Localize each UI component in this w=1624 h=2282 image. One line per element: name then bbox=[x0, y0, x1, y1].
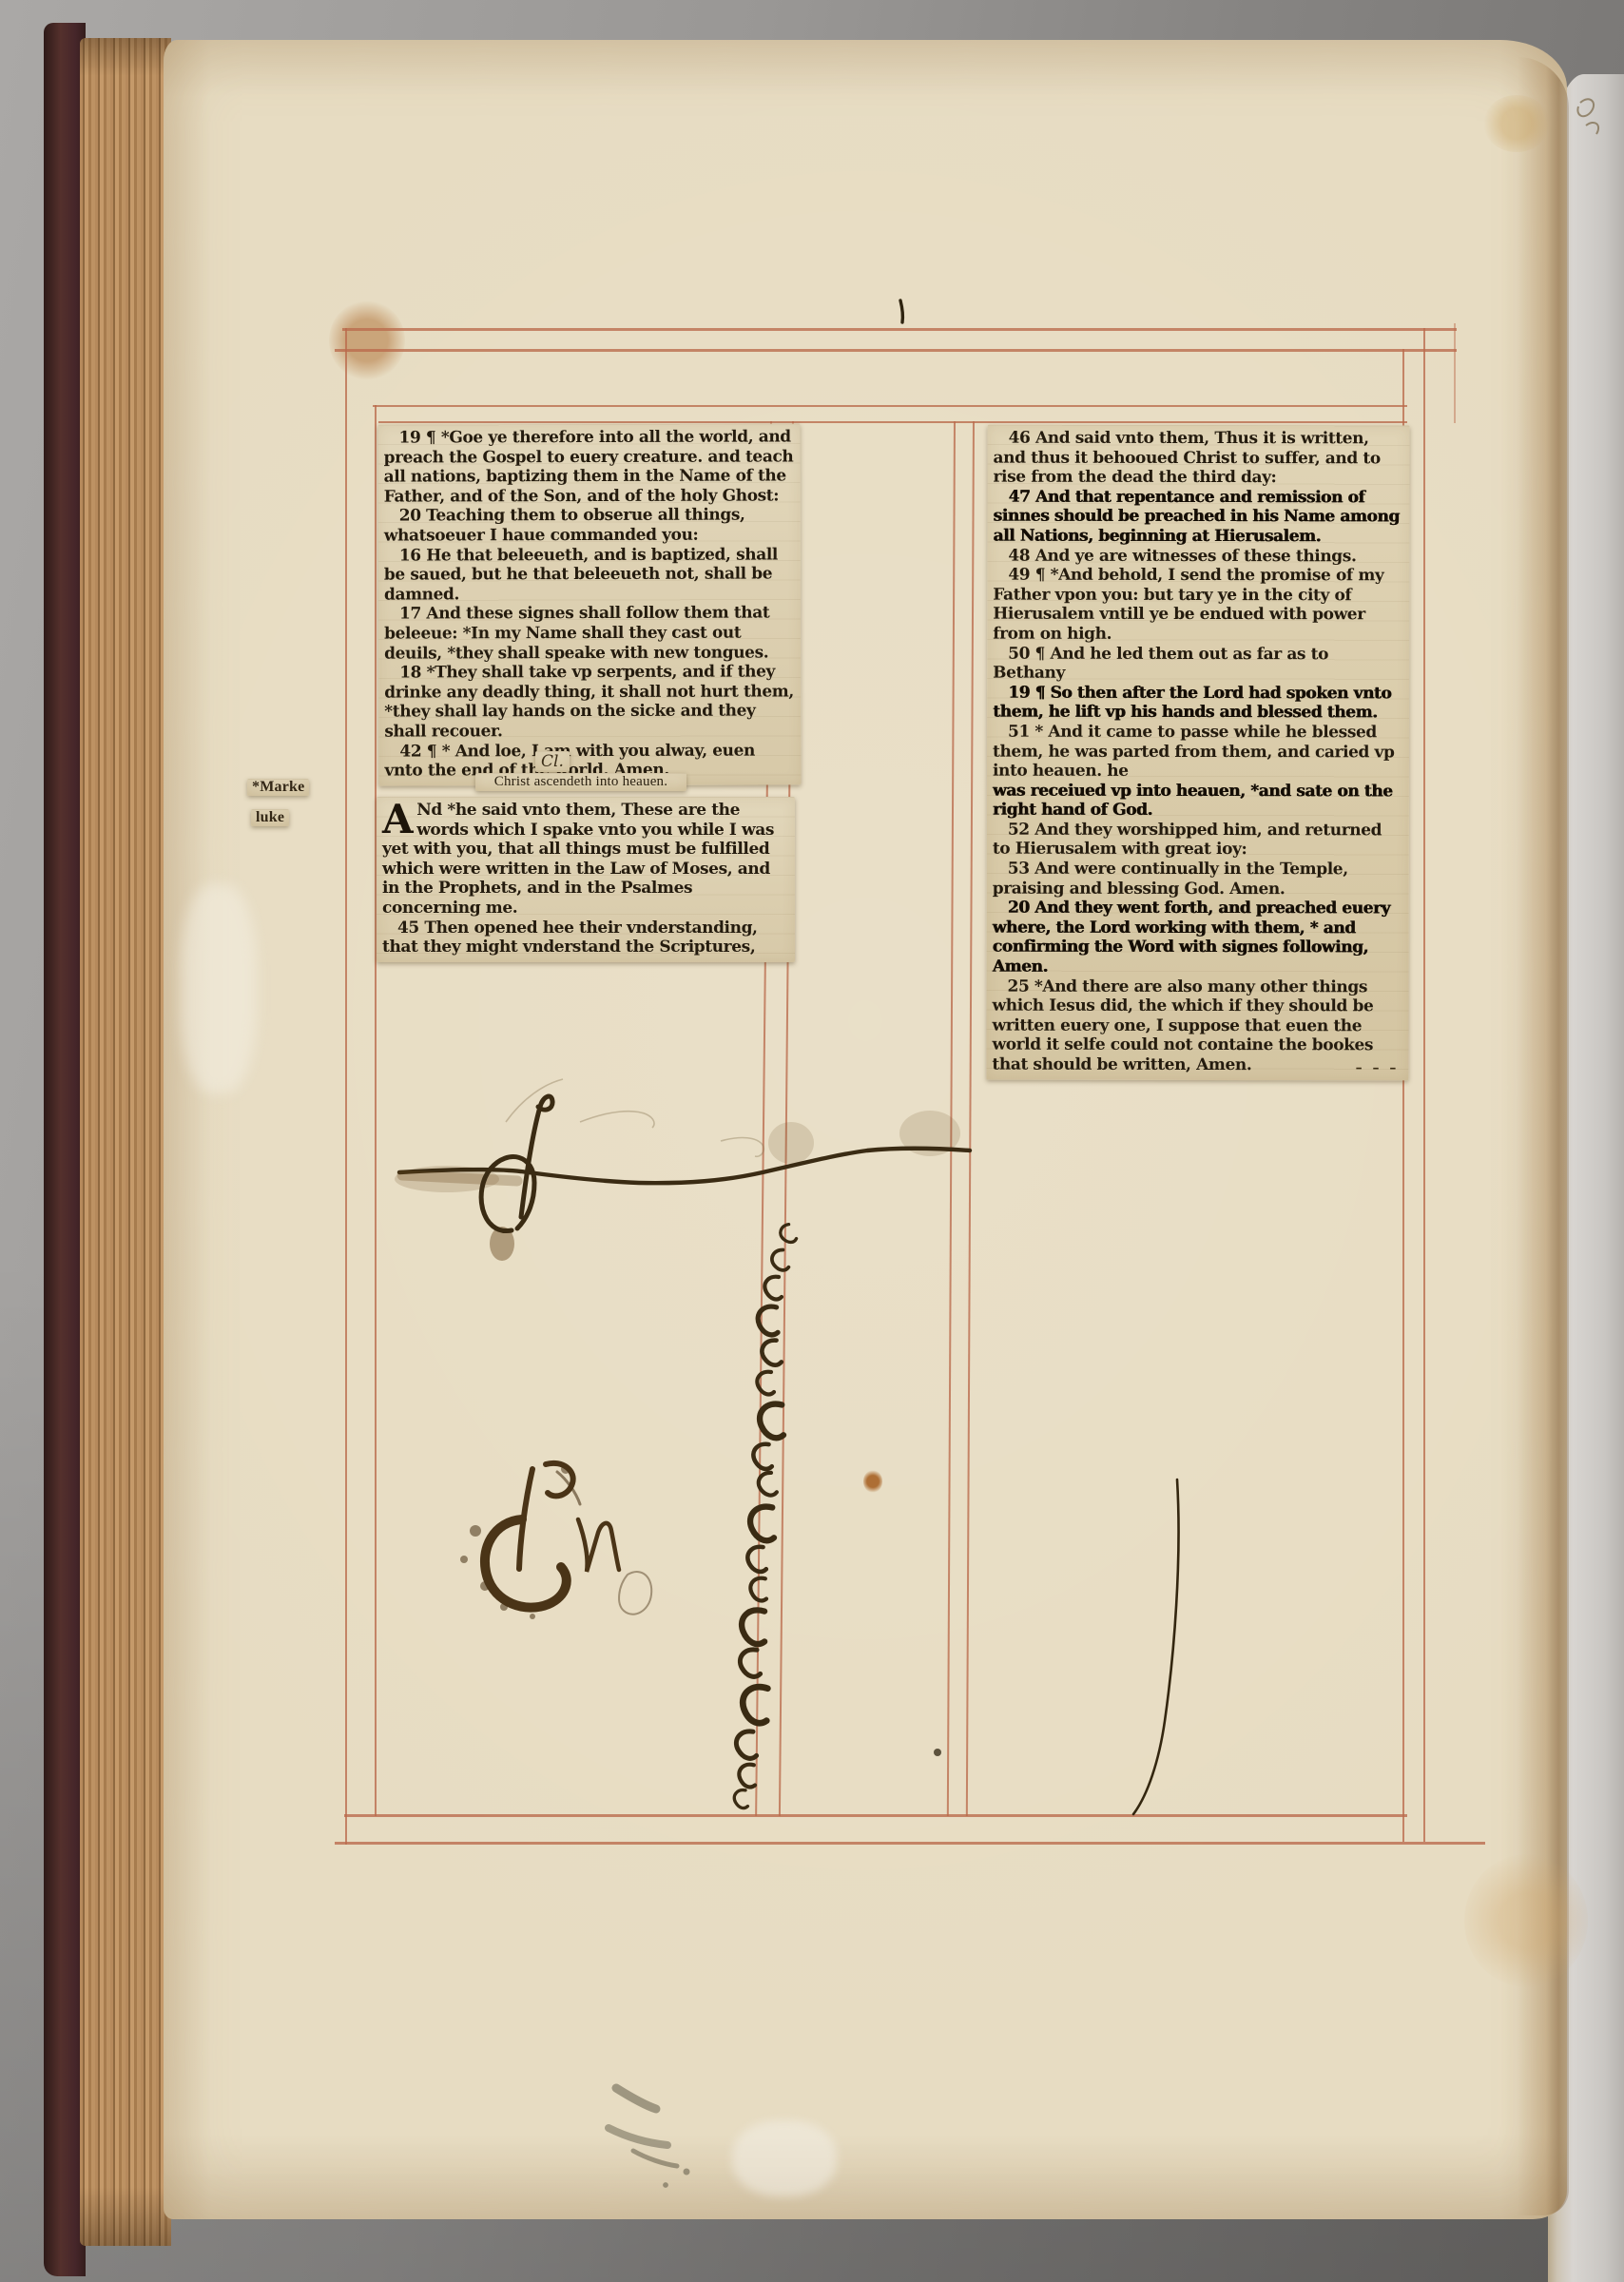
verse-paragraph: 16 He that beleeueth, and is baptized, s… bbox=[384, 545, 795, 605]
rule-text-top-1 bbox=[373, 405, 1407, 407]
chapter-label: Cl. bbox=[541, 752, 564, 771]
page-edges-left bbox=[80, 38, 171, 2246]
book-photo: *Marke luke 19 ¶ *Goe ye therefore into … bbox=[0, 0, 1624, 2282]
chapter-label-slip: Cl. bbox=[535, 751, 570, 772]
verse-paragraph: was receiued vp into heauen, *and sate o… bbox=[993, 781, 1403, 821]
clipping-left-top: 19 ¶ *Goe ye therefore into all the worl… bbox=[378, 423, 802, 785]
rule-text-top-2 bbox=[378, 421, 1407, 423]
verse-paragraph: 49 ¶ *And behold, I send the promise of … bbox=[993, 566, 1403, 645]
clipping-right: 46 And said vnto them, Thus it is writte… bbox=[986, 425, 1409, 1080]
verse-paragraph: 19 ¶ So then after the Lord had spoken v… bbox=[993, 683, 1403, 723]
rule-bottom-outer bbox=[335, 1842, 1485, 1845]
verse-paragraph: 17 And these signes shall follow them th… bbox=[384, 604, 795, 664]
verse-text: Nd *he said vnto them, These are the wor… bbox=[382, 801, 774, 918]
rule-top-outer bbox=[342, 328, 1457, 331]
verse-paragraph: 45 Then opened hee their vnderstanding, … bbox=[382, 919, 789, 957]
rule-left-outer bbox=[345, 328, 347, 1845]
verse-paragraph: 20 And they went forth, and preached eue… bbox=[993, 899, 1403, 977]
rule-top-inner bbox=[335, 349, 1457, 352]
rule-right-tick bbox=[1454, 323, 1456, 423]
verse-paragraph: 47 And that repentance and remission of … bbox=[993, 487, 1403, 547]
page-right-crease bbox=[1518, 57, 1569, 2215]
verse-paragraph: 53 And were continually in the Temple, p… bbox=[993, 860, 1403, 899]
verse-paragraph: 19 ¶ *Goe ye therefore into all the worl… bbox=[384, 427, 795, 507]
clipping-left-second: ANd *he said vnto them, These are the wo… bbox=[377, 797, 795, 962]
rule-left-inner bbox=[375, 405, 377, 1816]
margin-note-luke: luke bbox=[251, 809, 289, 826]
verse-paragraph: 46 And said vnto them, Thus it is writte… bbox=[993, 429, 1403, 489]
verse-paragraph: 48 And ye are witnesses of these things. bbox=[993, 546, 1403, 566]
verse-paragraph: 18 *They shall take vp serpents, and if … bbox=[384, 663, 795, 743]
verse-paragraph: 25 *And there are also many other things… bbox=[992, 977, 1402, 1075]
drop-cap: A bbox=[382, 801, 416, 838]
section-heading: Christ ascendeth into heauen. bbox=[494, 774, 667, 789]
verse-paragraph: 50 ¶ And he led them out as far as to Be… bbox=[993, 644, 1403, 684]
verse-paragraph-dropcap: ANd *he said vnto them, These are the wo… bbox=[382, 801, 789, 919]
verse-paragraph: 51 * And it came to passe while he bless… bbox=[993, 723, 1403, 783]
margin-note-luke-label: luke bbox=[256, 809, 284, 825]
margin-note-marke: *Marke bbox=[247, 779, 309, 796]
verse-paragraph: 20 Teaching them to obserue all things, … bbox=[384, 506, 795, 546]
rule-bottom-inner bbox=[344, 1814, 1407, 1817]
verse-paragraph: 52 And they worshipped him, and returned… bbox=[993, 820, 1403, 860]
section-heading-slip: Christ ascendeth into heauen. bbox=[475, 773, 686, 791]
end-dashes: – – – bbox=[1356, 1058, 1400, 1078]
rule-right-outer bbox=[1423, 328, 1425, 1842]
margin-note-marke-label: *Marke bbox=[252, 779, 304, 795]
